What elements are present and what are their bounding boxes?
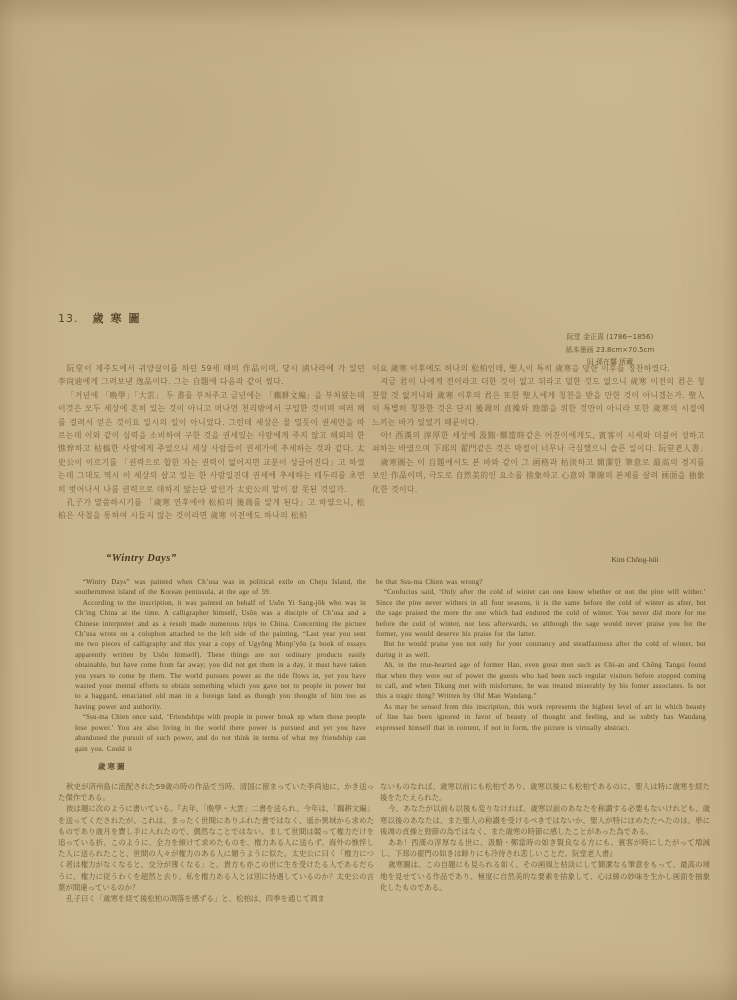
korean-paragraph: 이요 歲寒 이후에도 하나의 松柏인데, 聖人이 특히 歲寒을 당한 이후를 칭… [372,362,705,375]
korean-paragraph: 阮堂이 제주도에서 귀양살이를 하던 59세 때의 作品이며, 당시 淸나라에 … [58,362,365,389]
korean-paragraph: 지금 君이 나에게 전이라고 더한 것이 없고 뒤라고 덜한 것도 없으니 歲寒… [372,375,705,429]
section-number: 13. [58,312,79,325]
japanese-text-right-column: ないものなれば、歳寒以前にも松柏であり、歳寒以後にも松柏であるのに、聖人は特に歳… [380,781,710,927]
japanese-paragraph: 秋史が済州島に流配された59歳の時の作品で当時、清国に留まっていた李尚迪に、かき… [58,781,374,803]
japanese-paragraph: 孔子曰く「歳寒を経て後松柏の凋落を感ずる」と、松柏は、四季を通じて凋ま [58,893,374,904]
english-paragraph: Ah, in the true-hearted age of former Ha… [376,660,706,702]
english-text-right-column: be that Ssu-ma Chien was wrong? “Confuci… [376,577,706,778]
english-paragraph: But he would praise you not only for you… [376,639,706,660]
korean-paragraph: 歲寒圖는 이 自題에서도 본 바와 같이 그 画格과 枯淡하고 簡潔한 筆意로 … [372,456,705,496]
japanese-paragraph: 歳寒圖は、この自題にも見られる如く、その画風と枯淡にして簡潔なる筆意をもって、最… [380,859,710,893]
japanese-text-left-column: 秋史が済州島に流配された59歳の時の作品で当時、清国に留まっていた李尚迪に、かき… [58,781,374,927]
english-paragraph: “Ssu-ma Chien once said, ‘Friendships wi… [75,712,366,754]
japanese-section-title: 歳寒圖 [98,761,127,772]
korean-text-left-column: 阮堂이 제주도에서 귀양살이를 하던 59세 때의 作品이며, 당시 淸나라에 … [58,362,365,570]
english-paragraph: be that Ssu-ma Chien was wrong? [376,577,706,587]
korean-paragraph: 孔子가 말씀하시기를 「歲寒 연후에야 松柏의 後凋를 알게 된다」고 하였으니… [58,496,365,523]
section-heading: 13.歲寒圖 [58,310,147,326]
artist-name: Kim Chŏng-hŭi [560,555,710,564]
caption-medium-size: 紙本墨画 23.8cm×70.5cm [505,344,715,357]
japanese-paragraph: ああ！西漢の淳厚なる世に、汲黯・鄭當時の如き賢良なる方にも、賓客が時にしたがって… [380,837,710,859]
english-paragraph: “Confucius said, ‘Only after the cold of… [376,587,706,639]
korean-paragraph: 「거년에 「晩學」「大雲」 두 書를 부쳐주고 금년에는 「藕耕文編」을 부쳐왔… [58,389,365,496]
japanese-paragraph: ないものなれば、歳寒以前にも松柏であり、歳寒以後にも松柏であるのに、聖人は特に歳… [380,781,710,803]
caption-artist: 阮堂 金正喜 (1786~1856) [505,331,715,344]
english-text-left-column: “Wintry Days” was painted when Ch’usa wa… [75,577,366,778]
korean-paragraph: 아! 西漢의 淳厚한 세상에 汲黯·鄭當時같은 어진이에게도, 賓客이 시세와 … [372,429,705,456]
section-title: 歲寒圖 [93,312,147,325]
scanned-catalog-page: 13.歲寒圖 阮堂 金正喜 (1786~1856) 紙本墨画 23.8cm×70… [0,0,737,1000]
english-paragraph: “Wintry Days” was painted when Ch’usa wa… [75,577,366,598]
korean-text-right-column: 이요 歲寒 이후에도 하나의 松柏인데, 聖人이 특히 歲寒을 당한 이후를 칭… [372,362,705,570]
japanese-paragraph: 今、あなたが以前も以後も変りなければ、歳寒以前のあなたを称讃する必要もないけれど… [380,803,710,837]
japanese-paragraph: 彼は題に次のように書いている。『去年、「晩學・大雲」二書を送られ、今年は、「藕耕… [58,803,374,893]
english-title: “Wintry Days” [106,553,177,564]
english-paragraph: According to the inscription, it was pai… [75,598,366,712]
english-paragraph: As may be sensed from this inscription, … [376,702,706,733]
